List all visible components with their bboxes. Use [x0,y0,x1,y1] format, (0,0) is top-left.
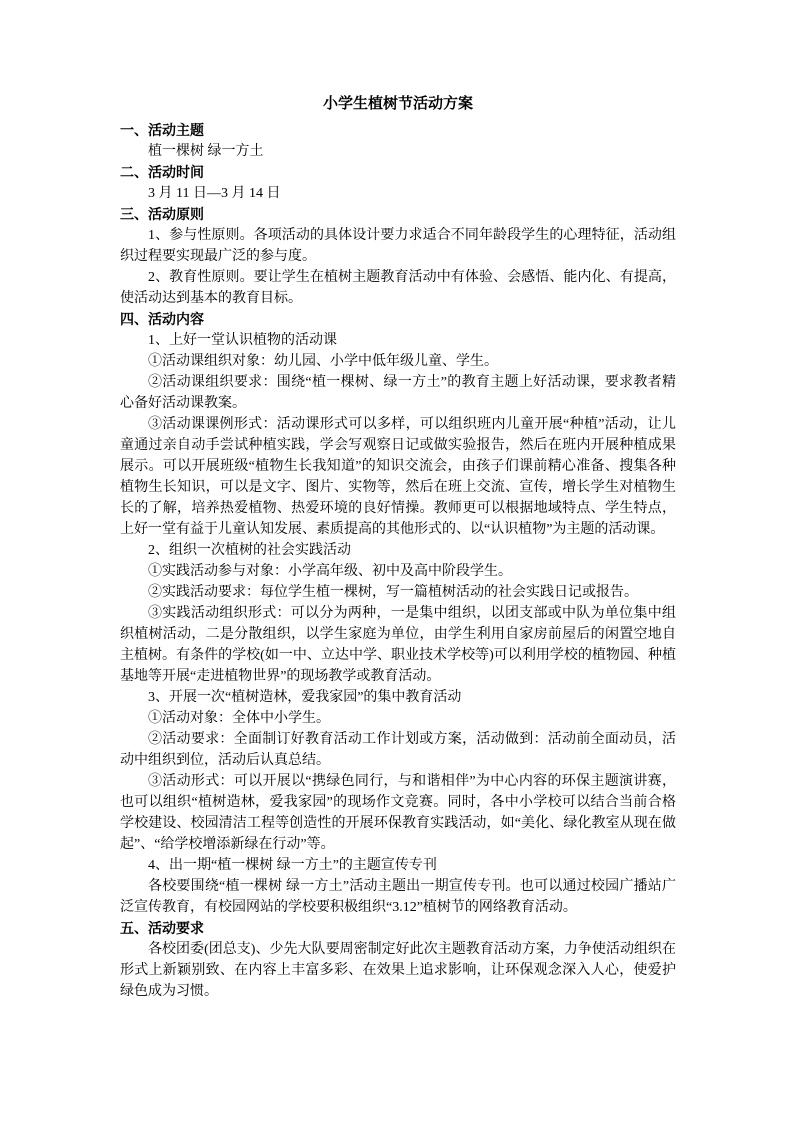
paragraph: 3、开展一次“植树造林，爱我家园”的集中教育活动 [120,687,676,708]
document-content: 小学生植树节活动方案 一、活动主题植一棵树 绿一方土二、活动时间3 月 11 日… [120,92,676,1002]
paragraph: 1、参与性原则。各项活动的具体设计要力求适合不同年龄段学生的心理特征，活动组织过… [120,225,676,267]
paragraph: ③实践活动组织形式：可以分为两种，一是集中组织，以团支部或中队为单位集中组织植树… [120,603,676,687]
document-page: 小学生植树节活动方案 一、活动主题植一棵树 绿一方土二、活动时间3 月 11 日… [0,0,793,1122]
paragraph: 4、出一期“植一棵树 绿一方土”的主题宣传专刊 [120,855,676,876]
paragraph: ①实践活动参与对象：小学高年级、初中及高中阶段学生。 [120,561,676,582]
document-title: 小学生植树节活动方案 [120,92,676,116]
paragraph: ②活动要求：全面制订好教育活动工作计划或方案，活动做到：活动前全面动员，活动中组… [120,729,676,771]
paragraph: 各校团委(团总支)、少先大队要周密制定好此次主题教育活动方案，力争使活动组织在形… [120,939,676,1002]
paragraph: 3 月 11 日—3 月 14 日 [120,183,676,204]
paragraph: 1、上好一堂认识植物的活动课 [120,330,676,351]
paragraph: ③活动形式：可以开展以“携绿色同行，与和谐相伴”为中心内容的环保主题演讲赛，也可… [120,771,676,855]
section-heading: 三、活动原则 [120,204,676,225]
paragraph: ①活动对象：全体中小学生。 [120,708,676,729]
paragraph: 植一棵树 绿一方土 [120,141,676,162]
section-heading: 一、活动主题 [120,120,676,141]
section-heading: 五、活动要求 [120,918,676,939]
paragraph: ②活动课组织要求：围绕“植一棵树、绿一方土”的教育主题上好活动课，要求教者精心备… [120,372,676,414]
paragraph: ③活动课课例形式：活动课形式可以多样，可以组织班内儿童开展“种植”活动，让儿童通… [120,414,676,540]
section-heading: 四、活动内容 [120,309,676,330]
paragraph: ①活动课组织对象：幼儿园、小学中低年级儿童、学生。 [120,351,676,372]
section-heading: 二、活动时间 [120,162,676,183]
document-sections: 一、活动主题植一棵树 绿一方土二、活动时间3 月 11 日—3 月 14 日三、… [120,120,676,1002]
paragraph: 2、组织一次植树的社会实践活动 [120,540,676,561]
paragraph: 各校要围绕“植一棵树 绿一方土”活动主题出一期宣传专刊。也可以通过校园广播站广泛… [120,876,676,918]
paragraph: ②实践活动要求：每位学生植一棵树，写一篇植树活动的社会实践日记或报告。 [120,582,676,603]
paragraph: 2、教育性原则。要让学生在植树主题教育活动中有体验、会感悟、能内化、有提高，使活… [120,267,676,309]
